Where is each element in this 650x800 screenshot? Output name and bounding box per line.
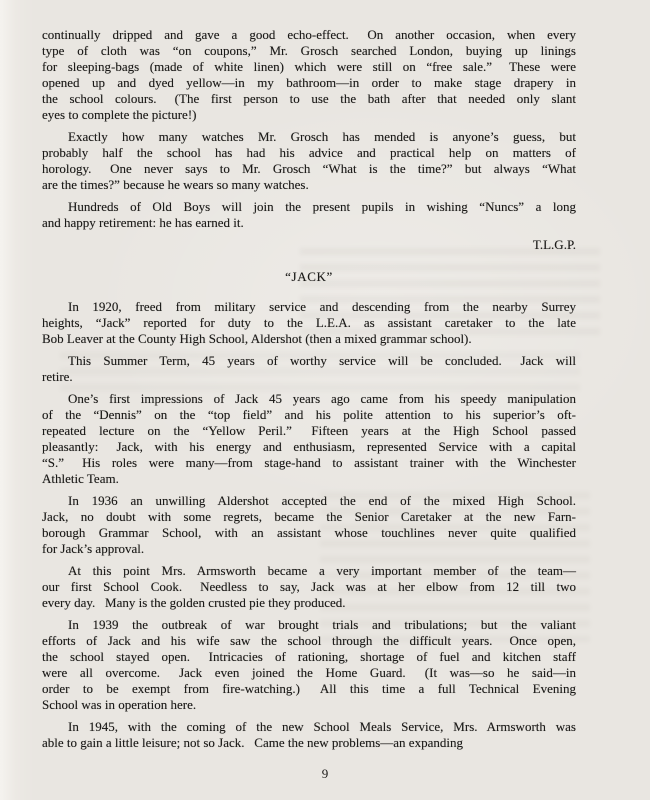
text-line: Athletic Team. (42, 471, 576, 487)
text-line: efforts of Jack and his wife saw the sch… (42, 633, 576, 649)
text-line: horology. One never says to Mr. Grosch “… (42, 161, 576, 177)
article-heading: “JACK” (42, 269, 576, 285)
text-line: order to be exempt from fire-watching.) … (42, 681, 576, 697)
text-line: In 1920, freed from military service and… (42, 299, 576, 315)
text-line: “S.” His roles were many—from stage-hand… (42, 455, 576, 471)
text-line: type of cloth was “on coupons,” Mr. Gros… (42, 43, 576, 59)
text-line: retire. (42, 369, 576, 385)
paragraph: continually dripped and gave a good echo… (42, 27, 576, 123)
text-line: for sleeping-bags (made of white linen) … (42, 59, 576, 75)
paragraph: In 1936 an unwilling Aldershot accepted … (42, 493, 576, 557)
text-line: repeated lecture on the “Yellow Peril.” … (42, 423, 576, 439)
text-line: the school stayed open. Intricacies of r… (42, 649, 576, 665)
paragraph: Exactly how many watches Mr. Grosch has … (42, 129, 576, 193)
text-line: the school colours. (The first person to… (42, 91, 576, 107)
text-line: probably half the school has had his adv… (42, 145, 576, 161)
text-line: In 1945, with the coming of the new Scho… (42, 719, 576, 735)
text-line: heights, “Jack” reported for duty to the… (42, 315, 576, 331)
text-line: In 1936 an unwilling Aldershot accepted … (42, 493, 576, 509)
text-line: At this point Mrs. Armsworth became a ve… (42, 563, 576, 579)
article-signature: T.L.G.P. (42, 237, 576, 253)
text-line: In 1939 the outbreak of war brought tria… (42, 617, 576, 633)
paragraph: At this point Mrs. Armsworth became a ve… (42, 563, 576, 611)
paragraph: One’s first impressions of Jack 45 years… (42, 391, 576, 487)
text-line: Bob Leaver at the County High School, Al… (42, 331, 576, 347)
text-line: School was in operation here. (42, 697, 576, 713)
paragraph: In 1920, freed from military service and… (42, 299, 576, 347)
page-number: 9 (0, 766, 650, 782)
text-line: of the “Dennis” on the “top field” and h… (42, 407, 576, 423)
text-line: for Jack’s approval. (42, 541, 576, 557)
paragraph: This Summer Term, 45 years of worthy ser… (42, 353, 576, 385)
text-line: One’s first impressions of Jack 45 years… (42, 391, 576, 407)
text-line: eyes to complete the picture!) (42, 107, 576, 123)
paragraph: In 1939 the outbreak of war brought tria… (42, 617, 576, 713)
text-line: and happy retirement: he has earned it. (42, 215, 576, 231)
text-line: able to gain a little leisure; not so Ja… (42, 735, 576, 751)
text-line: This Summer Term, 45 years of worthy ser… (42, 353, 576, 369)
text-line: pleasantly: Jack, with his energy and en… (42, 439, 576, 455)
text-block: continually dripped and gave a good echo… (42, 27, 576, 757)
paragraph: Hundreds of Old Boys will join the prese… (42, 199, 576, 231)
text-line: Hundreds of Old Boys will join the prese… (42, 199, 576, 215)
text-line: are the times?” because he wears so many… (42, 177, 576, 193)
text-line: every day. Many is the golden crusted pi… (42, 595, 576, 611)
text-line: borough Grammar School, with an assistan… (42, 525, 576, 541)
text-line: our first School Cook. Needless to say, … (42, 579, 576, 595)
text-line: opened up and dyed yellow—in my bathroom… (42, 75, 576, 91)
text-line: Jack, no doubt with some regrets, became… (42, 509, 576, 525)
text-line: were all overcome. Jack even joined the … (42, 665, 576, 681)
scanned-document-page: continually dripped and gave a good echo… (0, 0, 650, 800)
text-line: Exactly how many watches Mr. Grosch has … (42, 129, 576, 145)
paragraph: In 1945, with the coming of the new Scho… (42, 719, 576, 751)
text-line: continually dripped and gave a good echo… (42, 27, 576, 43)
